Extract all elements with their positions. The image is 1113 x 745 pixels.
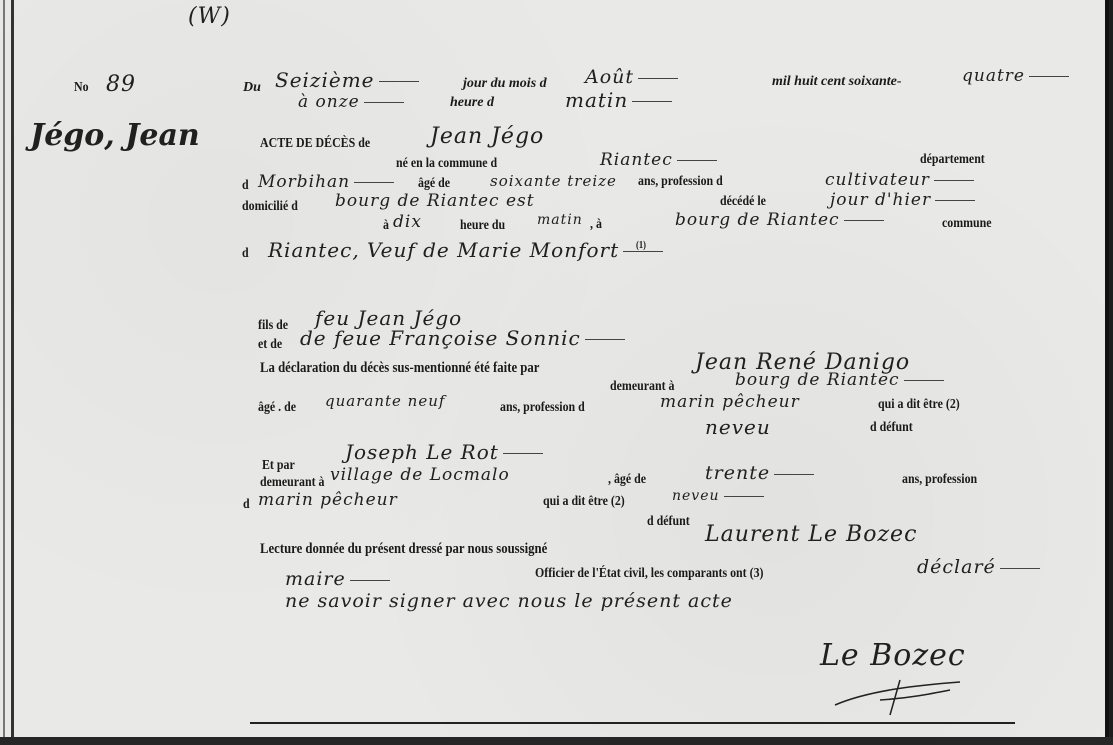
label-age-de3: , âgé de [608, 472, 646, 488]
label-lecture: Lecture donnée du présent dressé par nou… [260, 541, 547, 558]
hw-day: Seizième [275, 68, 419, 92]
label-d: d [242, 178, 249, 194]
hw-domicile: bourg de Riantec est [335, 191, 535, 211]
label-ans-profession2: ans, profession d [500, 400, 585, 416]
hw-deceased-name: Jean Jégo [430, 124, 544, 149]
label-d-defunt: d défunt [870, 420, 913, 436]
hw-declarant2-name: Joseph Le Rot [345, 440, 543, 464]
hw-month: Août [585, 66, 678, 88]
margin-name: Jégo, Jean [30, 118, 200, 153]
hw-declarant1-residence: bourg de Riantec [735, 370, 944, 390]
hw-department: Morbihan [258, 172, 394, 192]
record-number: 89 [106, 72, 136, 97]
label-ans-profession3: ans, profession [902, 472, 977, 488]
label-jour-du-mois: jour du mois d [463, 76, 547, 92]
binding-line [3, 0, 5, 737]
hw-death-hour: dix [393, 212, 422, 232]
label-departement: département [920, 152, 985, 168]
hw-declarant1-age: quarante neuf [325, 392, 445, 410]
label-et-par: Et par [262, 458, 295, 474]
label-age-de: âgé de [418, 176, 450, 192]
hw-declarant2-residence: village de Locmalo [330, 465, 510, 485]
label-fils-de: fils de [258, 318, 288, 334]
hw-profession: cultivateur [825, 170, 974, 190]
label-heure-du: heure du [460, 218, 505, 234]
record-number-label: No [74, 80, 89, 96]
label-mil-huit-cent: mil huit cent soixante- [772, 74, 902, 90]
hw-death-date: jour d'hier [830, 190, 975, 210]
binding-line [11, 0, 14, 737]
hw-hour: à onze [298, 92, 404, 112]
hw-year: quatre [962, 66, 1069, 86]
label-qui-a-dit-etre2: qui a dit être (2) [543, 494, 625, 510]
top-annotation: (W) [188, 4, 231, 29]
label-decede-le: décédé le [720, 194, 766, 210]
label-age-de2: âgé . de [258, 400, 296, 416]
hw-officer-title: maire [285, 568, 390, 590]
hw-declarant1-relation: neveu [705, 415, 771, 439]
label-ans-profession: ans, profession d [638, 174, 723, 190]
hw-birth-commune: Riantec [600, 150, 717, 170]
label-et-de: et de [258, 337, 282, 353]
label-declaration: La déclaration du décès sus-mentionné ét… [260, 360, 539, 377]
hw-declarant2-age: trente [705, 462, 814, 484]
label-a2: , à [590, 217, 602, 233]
label-ne-en-la-commune: né en la commune d [396, 156, 497, 172]
label-d2: d [242, 246, 249, 262]
label-qui-a-dit-etre: qui a dit être (2) [878, 397, 960, 413]
hw-mother: de feue Françoise Sonnic [300, 326, 625, 350]
hw-death-time: matin [537, 212, 583, 228]
officer-signature: Le Bozec [820, 638, 966, 673]
hw-declared: déclaré [917, 556, 1040, 578]
civil-record-page: (W) No 89 Jégo, Jean Du Seizième jour du… [0, 0, 1109, 737]
hw-time-of-day: matin [565, 88, 672, 112]
hw-death-place: bourg de Riantec [675, 210, 884, 230]
bottom-rule [250, 722, 1015, 724]
hw-declarant2-profession: marin pêcheur [258, 490, 398, 510]
label-demeurant-a2: demeurant à [260, 475, 324, 491]
hw-officer-name: Laurent Le Bozec [705, 522, 917, 547]
label-officier: Officier de l'État civil, les comparants… [535, 566, 763, 582]
hw-commune-line: Riantec, Veuf de Marie Monfort [268, 238, 663, 262]
footnote-1: (1) [636, 240, 646, 251]
label-d3: d [243, 497, 250, 513]
hw-closing: ne savoir signer avec nous le présent ac… [285, 590, 733, 612]
label-acte-de-deces: ACTE DE DÉCÈS de [260, 136, 370, 152]
label-heure: heure d [450, 95, 494, 111]
viewer-bottom-bar [0, 737, 1113, 745]
signature-flourish [830, 670, 970, 720]
label-d-defunt2: d défunt [647, 514, 690, 530]
label-du: Du [243, 80, 261, 96]
hw-age: soixante treize [490, 172, 617, 190]
hw-declarant1-profession: marin pêcheur [660, 392, 800, 412]
label-commune: commune [942, 216, 992, 232]
hw-declarant2-relation: neveu [672, 488, 764, 504]
label-domicilie: domicilié d [242, 199, 298, 215]
label-a: à [383, 218, 389, 234]
